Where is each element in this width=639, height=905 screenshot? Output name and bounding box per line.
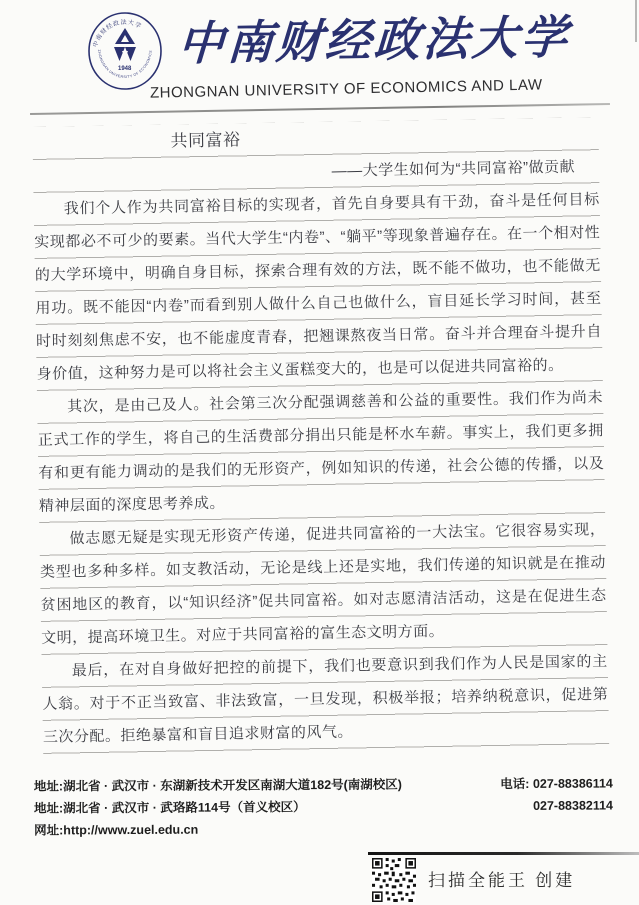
essay-paragraph-3: 做志愿无疑是实现无形资产传递，促进共同富裕的一大法宝。它很容易实现，类型也多种多… — [39, 513, 607, 655]
footer-address-2: 地址:湖北省 · 武汉市 · 武珞路114号（首义校区） — [34, 796, 306, 819]
handwritten-essay: 共同富裕 ——大学生如何为“共同富裕”做贡献 我们个人作为共同富裕目标的实现者，… — [32, 117, 609, 785]
footer-phone-1: 电话: 027-88386114 — [500, 772, 613, 795]
letterhead-divider — [30, 103, 610, 115]
scanner-divider-line — [368, 852, 639, 855]
scanner-watermark-label: 扫描全能王 创建 — [428, 866, 575, 891]
essay-paragraph-4: 最后，在对自身做好把控的前提下，我们也要意识到我们作为人民是国家的主人翁。对于不… — [42, 645, 610, 754]
letterhead-footer: 地址:湖北省 · 武汉市 · 东湖新技术开发区南湖大道182号(南湖校区) 电话… — [34, 772, 613, 841]
qr-code-icon — [372, 858, 416, 902]
seal-year: 1948 — [118, 66, 132, 72]
footer-address-1: 地址:湖北省 · 武汉市 · 东湖新技术开发区南湖大道182号(南湖校区) — [34, 774, 402, 798]
university-seal-icon: 中南财经政法大学 ZHONGNAN UNIVERSITY OF ECONOMIC… — [86, 8, 164, 94]
footer-phone-2: 027-88382114 — [533, 794, 613, 816]
seal-emblem — [114, 28, 136, 61]
footer-website: 网址:http://www.zuel.edu.cn — [34, 819, 198, 842]
essay-paragraph-2: 其次，是由己及人。社会第三次分配强调慈善和公益的重要性。我们作为尚未正式工作的学… — [37, 381, 605, 523]
scanned-document-page: 中南财经政法大学 ZHONGNAN UNIVERSITY OF ECONOMIC… — [0, 0, 639, 905]
scan-edge-artifact — [635, 0, 637, 42]
university-name-cn: 中南财经政法大学 — [176, 0, 600, 77]
essay-paragraph-1: 我们个人作为共同富裕目标的实现者，首先自身要具有干劲，奋斗是任何目标实现都必不可… — [33, 183, 602, 391]
university-name-en: ZHONGNAN UNIVERSITY OF ECONOMICS AND LAW — [150, 75, 595, 101]
